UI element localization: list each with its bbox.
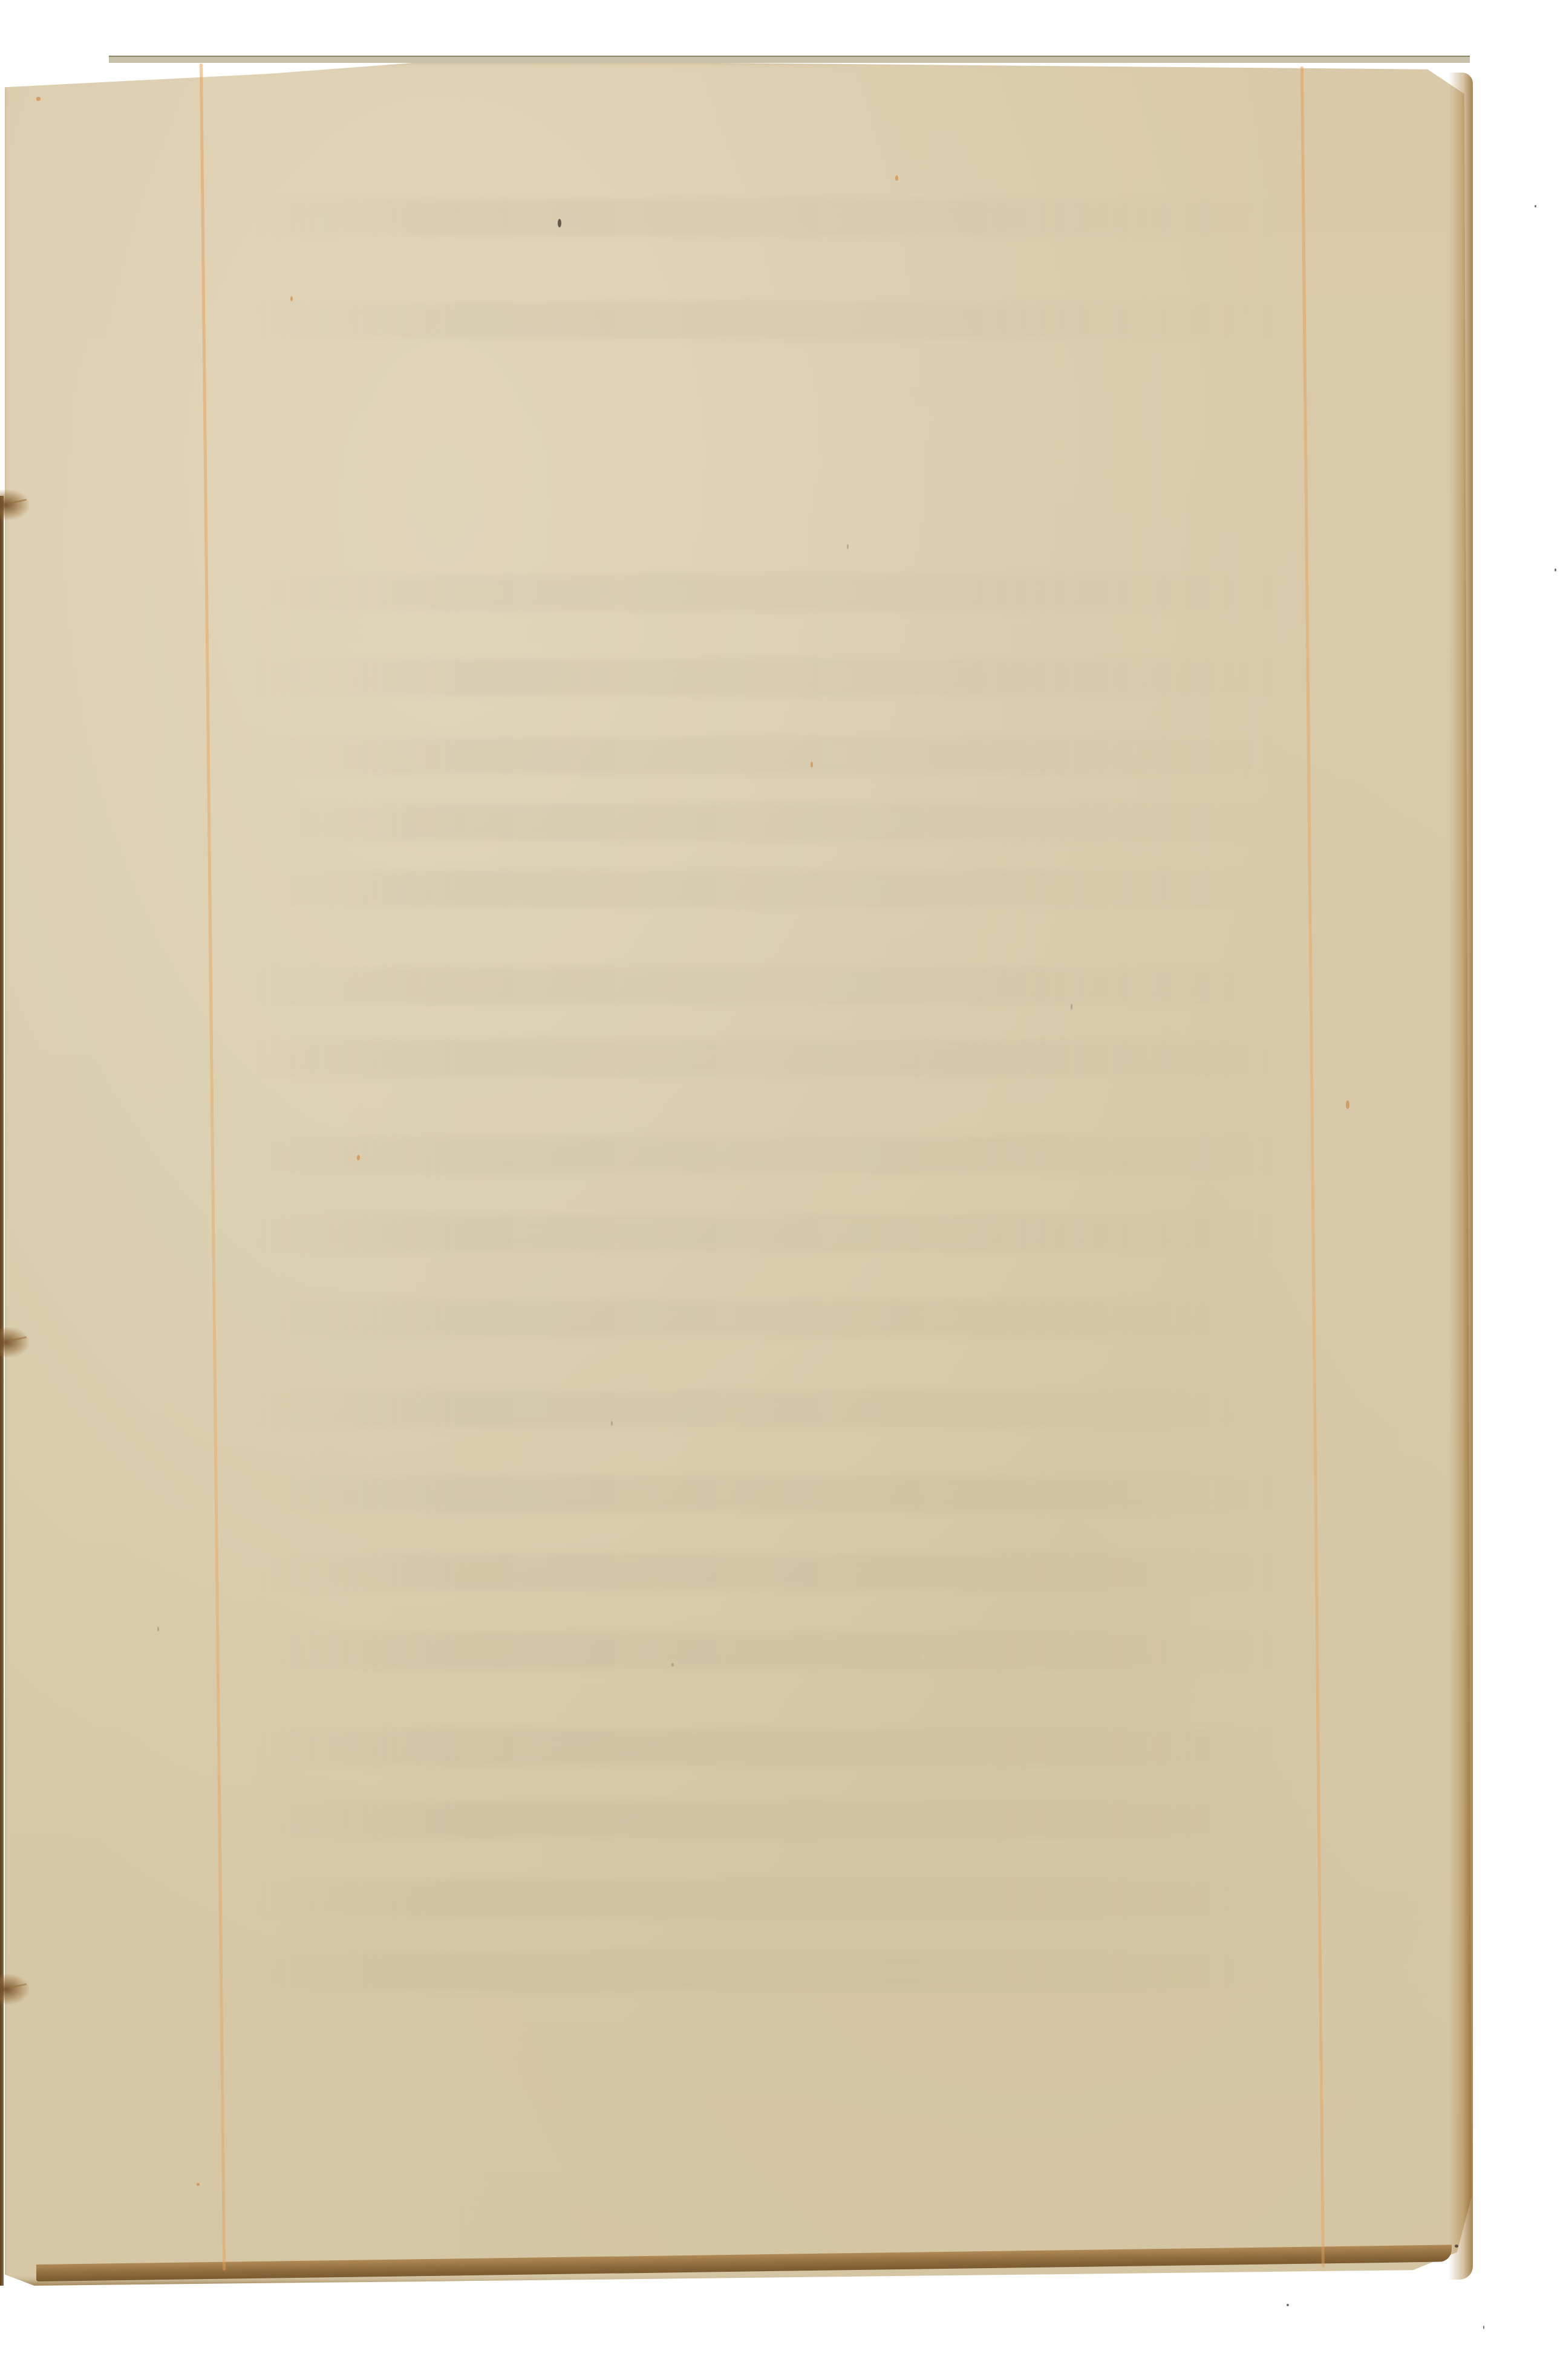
paper-fleck — [611, 1421, 613, 1426]
paper-fleck — [157, 1627, 159, 1631]
bleed-through-row — [254, 1729, 1282, 1766]
ink-speck — [1455, 2245, 1458, 2248]
page-fore-edge — [1449, 73, 1473, 2280]
bleed-through-row — [254, 574, 1282, 611]
bleed-through-row — [254, 1633, 1282, 1669]
bleed-through-row — [254, 1953, 1282, 1989]
binding-thread — [0, 490, 29, 520]
foxing-spot — [357, 1155, 360, 1160]
notebook-page — [5, 60, 1472, 2286]
bleed-through-row — [254, 871, 1282, 907]
foxing-spot — [36, 97, 41, 101]
bleed-through-row — [254, 302, 1282, 339]
scan-dust — [1287, 2304, 1289, 2306]
bleed-through-row — [254, 1300, 1282, 1336]
scan-dust — [1555, 568, 1556, 571]
paper-fleck — [1071, 1004, 1072, 1010]
bleed-through-row — [254, 1475, 1282, 1512]
foxing-spot — [290, 296, 293, 301]
bleed-through-row — [254, 738, 1282, 774]
foxing-spot — [1346, 1101, 1349, 1109]
bleed-through-row — [254, 1040, 1282, 1076]
binding-thread — [0, 1327, 29, 1357]
bleed-through-row — [254, 659, 1282, 695]
ink-speck — [558, 219, 561, 227]
bleed-through-row — [254, 804, 1282, 840]
bleed-through-row — [254, 1391, 1282, 1427]
page-top-edge — [109, 56, 1470, 63]
foxing-spot — [197, 2183, 200, 2186]
bleed-through-row — [254, 200, 1282, 236]
scan-dust — [1535, 205, 1536, 207]
bleed-through-row — [254, 1802, 1282, 1838]
bleed-through-row — [254, 1554, 1282, 1590]
foxing-spot — [811, 762, 813, 767]
paper-fleck — [671, 1663, 674, 1666]
binding-thread — [0, 1974, 29, 2004]
scan-dust — [1483, 2326, 1484, 2329]
bleed-through-row — [254, 1881, 1282, 1917]
foxing-spot — [895, 175, 898, 181]
bleed-through-row — [254, 1215, 1282, 1252]
paper-fleck — [847, 544, 849, 549]
bleed-through-row — [254, 1137, 1282, 1173]
binding-spine — [0, 496, 4, 2286]
bleed-through-row — [254, 967, 1282, 1004]
